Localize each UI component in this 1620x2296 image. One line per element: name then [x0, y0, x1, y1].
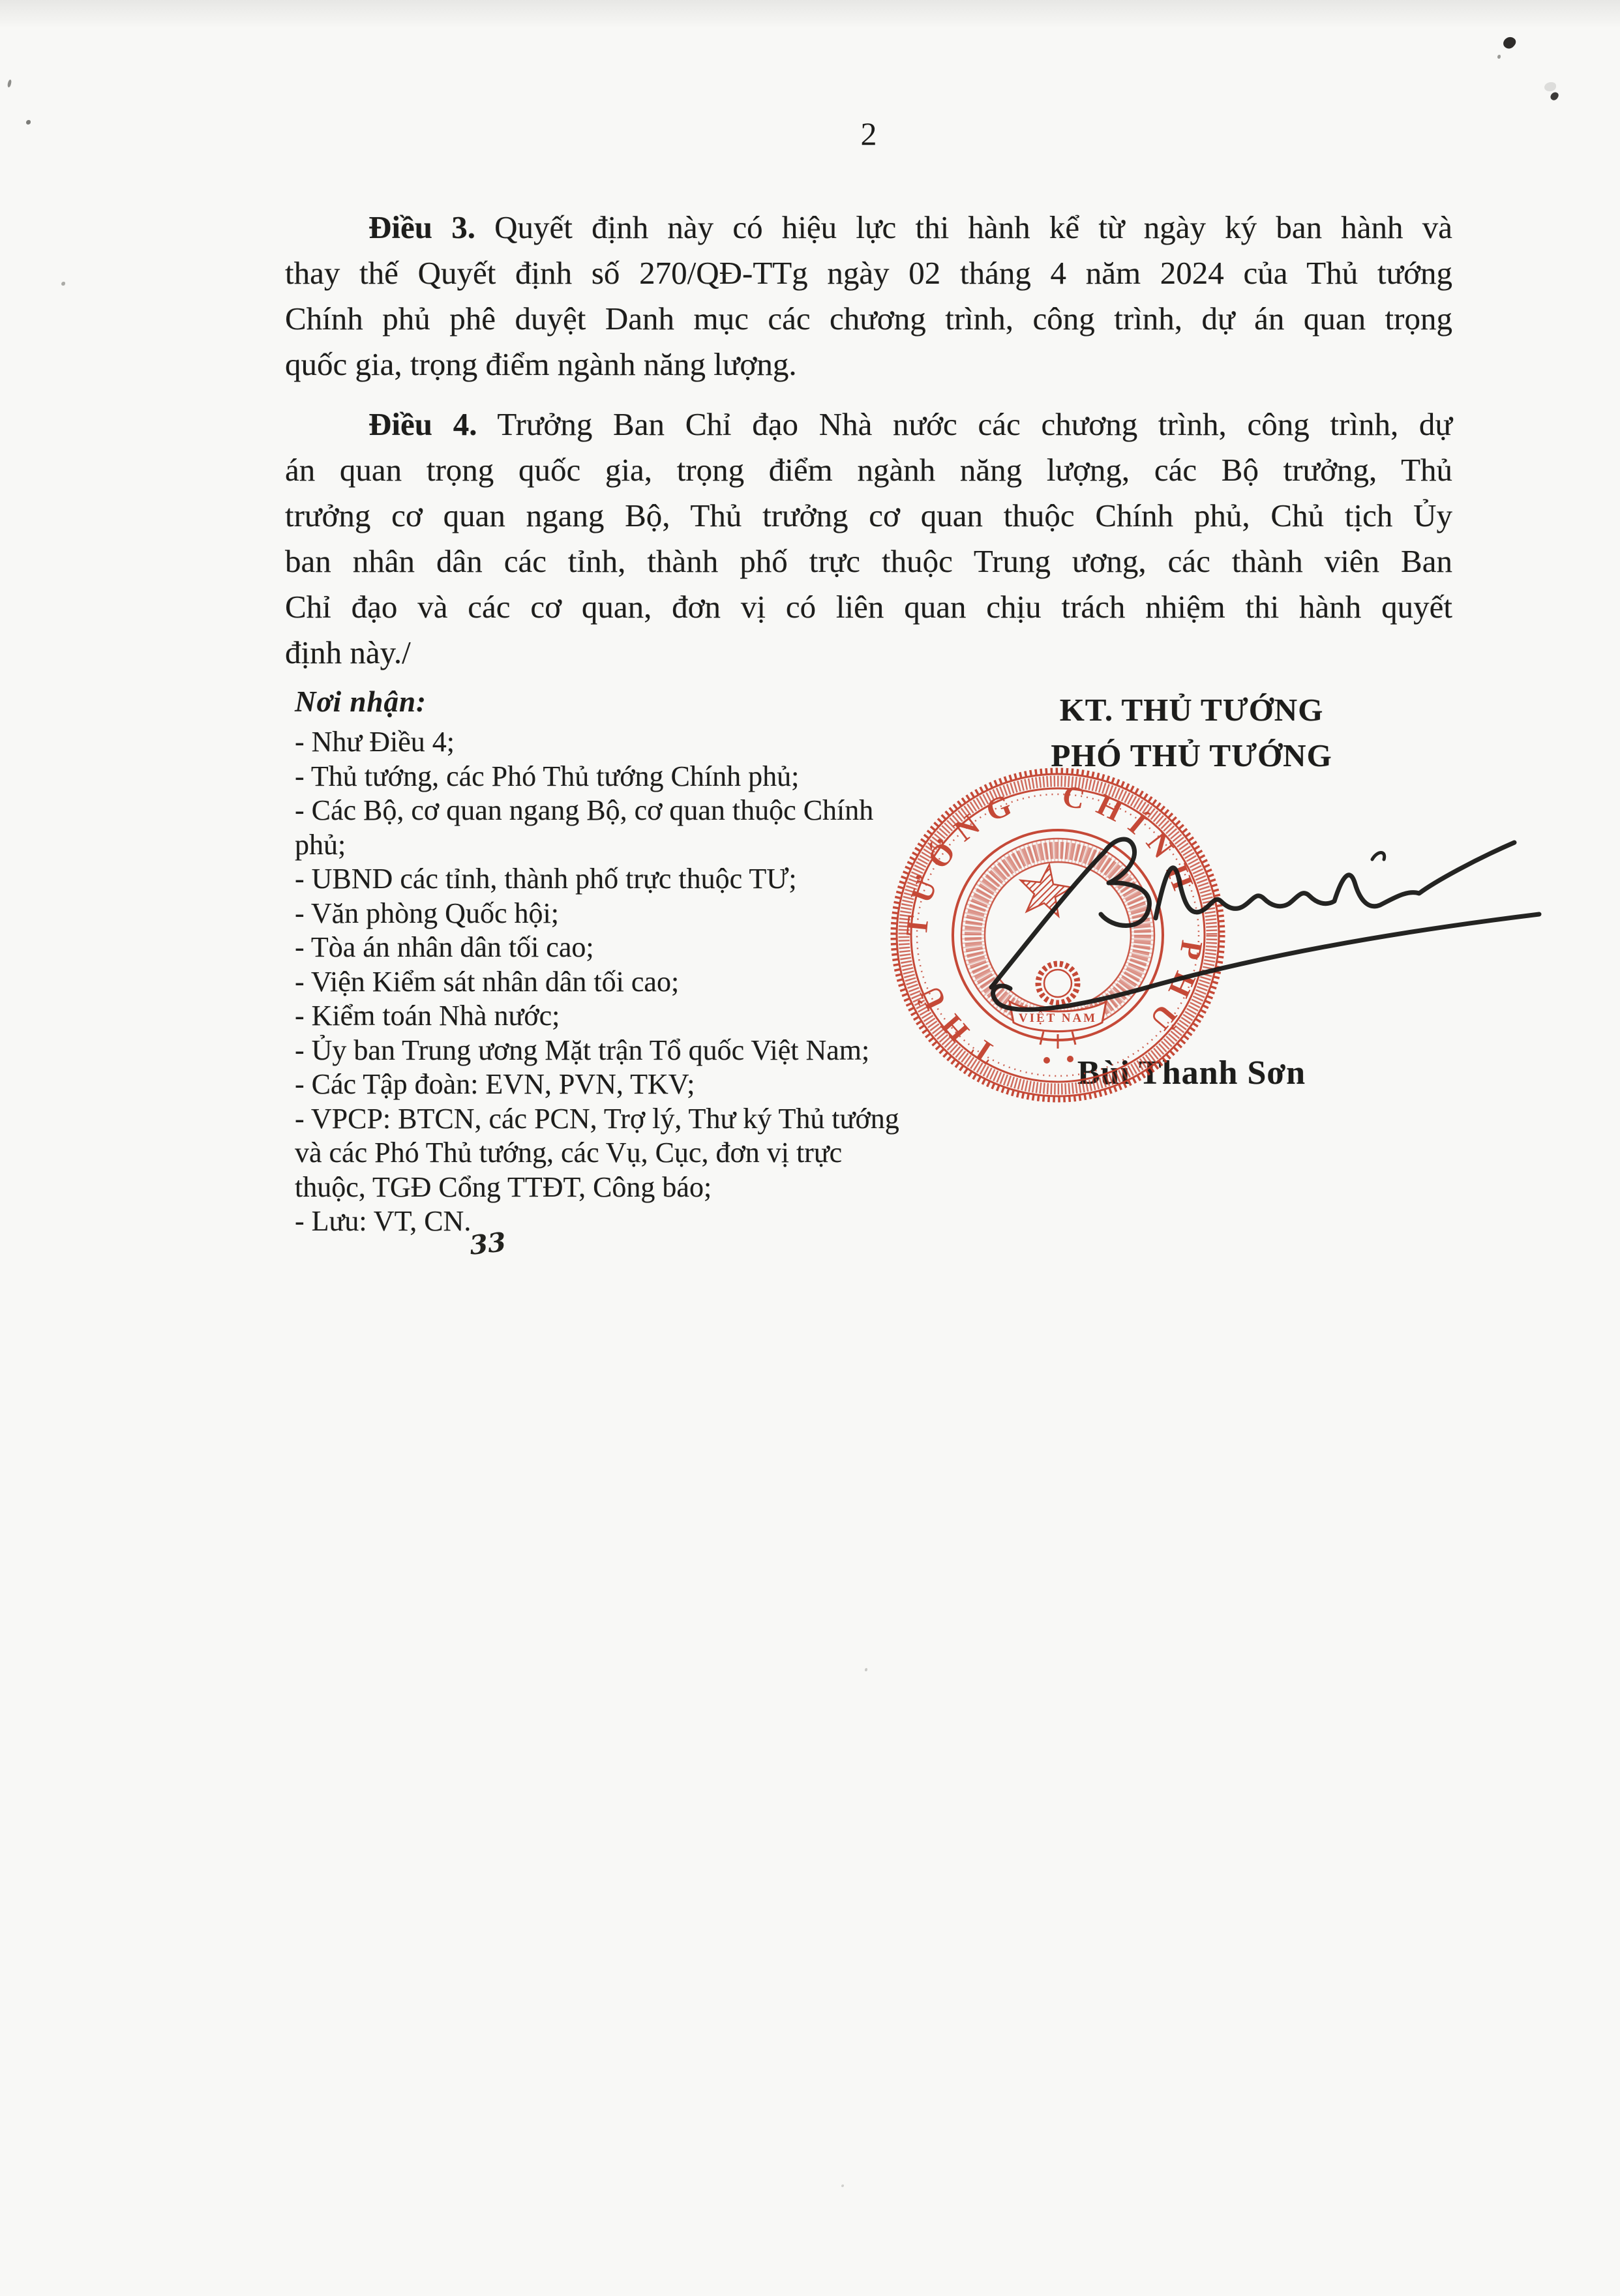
recipient-line: - Tòa án nhân dân tối cao;	[295, 931, 1051, 965]
handwritten-number: 33	[468, 1227, 507, 1261]
scan-speck	[61, 282, 65, 286]
recipient-line: - UBND các tỉnh, thành phố trực thuộc TƯ…	[295, 862, 1051, 897]
recipient-line: - Thủ tướng, các Phó Thủ tướng Chính phủ…	[295, 760, 1051, 794]
recipient-line: - Văn phòng Quốc hội;	[295, 897, 1051, 931]
article-line: Chỉ đạo và các cơ quan, đơn vị có liên q…	[285, 584, 1452, 630]
article-paragraph: Điều 3. Quyết định này có hiệu lực thi h…	[285, 205, 1452, 387]
scan-speck	[1544, 82, 1556, 91]
page-number: 2	[836, 115, 901, 153]
article-line: định này./	[285, 630, 1452, 676]
recipient-line: - Như Điều 4;	[295, 725, 1051, 760]
recipient-line: - Các Bộ, cơ quan ngang Bộ, cơ quan thuộ…	[295, 794, 1051, 828]
recipient-line: thuộc, TGĐ Cổng TTĐT, Công báo;	[295, 1170, 1051, 1205]
signature-title-line2: PHÓ THỦ TƯỚNG	[976, 733, 1407, 779]
article-line: thay thế Quyết định số 270/QĐ-TTg ngày 0…	[285, 250, 1452, 296]
scan-speck	[7, 80, 12, 88]
recipient-line: - Viện Kiểm sát nhân dân tối cao;	[295, 965, 1051, 1000]
recipients-block: Nơi nhận: - Như Điều 4;- Thủ tướng, các …	[295, 683, 1051, 1239]
article-line: Điều 3. Quyết định này có hiệu lực thi h…	[285, 205, 1452, 250]
scan-speck	[1501, 35, 1518, 51]
scan-speck	[1497, 55, 1501, 59]
scan-edge-shadow	[0, 0, 1620, 29]
scan-speck	[1550, 91, 1560, 102]
signature-title-line1: KT. THỦ TƯỚNG	[976, 687, 1407, 733]
recipient-line: - Các Tập đoàn: EVN, PVN, TKV;	[295, 1067, 1051, 1102]
article-line: án quan trọng quốc gia, trọng điểm ngành…	[285, 447, 1452, 493]
scan-speck	[841, 2184, 844, 2187]
recipient-line: - Ủy ban Trung ương Mặt trận Tổ quốc Việ…	[295, 1034, 1051, 1068]
article-paragraph: Điều 4. Trưởng Ban Chỉ đạo Nhà nước các …	[285, 402, 1452, 676]
scan-speck	[26, 120, 31, 125]
recipients-header: Nơi nhận:	[295, 683, 1051, 720]
recipient-line: - Kiểm toán Nhà nước;	[295, 999, 1051, 1034]
recipient-line: phủ;	[295, 828, 1051, 863]
recipient-line: và các Phó Thủ tướng, các Vụ, Cục, đơn v…	[295, 1136, 1051, 1170]
article-line: Chính phủ phê duyệt Danh mục các chương …	[285, 296, 1452, 342]
article-line: ban nhân dân các tỉnh, thành phố trực th…	[285, 539, 1452, 584]
scan-speck	[865, 1668, 867, 1671]
handwritten-signature	[991, 839, 1539, 1009]
document-page: 2 Điều 3. Quyết định này có hiệu lực thi…	[0, 0, 1620, 2296]
recipient-line: - Lưu: VT, CN.	[295, 1204, 1051, 1239]
signer-name: Bùi Thanh Sơn	[976, 1054, 1407, 1092]
article-line: Điều 4. Trưởng Ban Chỉ đạo Nhà nước các …	[285, 402, 1452, 447]
article-line: trưởng cơ quan ngang Bộ, Thủ trưởng cơ q…	[285, 493, 1452, 539]
document-body: Điều 3. Quyết định này có hiệu lực thi h…	[285, 205, 1452, 676]
recipients-list: - Như Điều 4;- Thủ tướng, các Phó Thủ tư…	[295, 725, 1051, 1239]
recipient-line: - VPCP: BTCN, các PCN, Trợ lý, Thư ký Th…	[295, 1102, 1051, 1137]
article-line: quốc gia, trọng điểm ngành năng lượng.	[285, 342, 1452, 387]
signature-title-block: KT. THỦ TƯỚNG PHÓ THỦ TƯỚNG	[976, 687, 1407, 779]
